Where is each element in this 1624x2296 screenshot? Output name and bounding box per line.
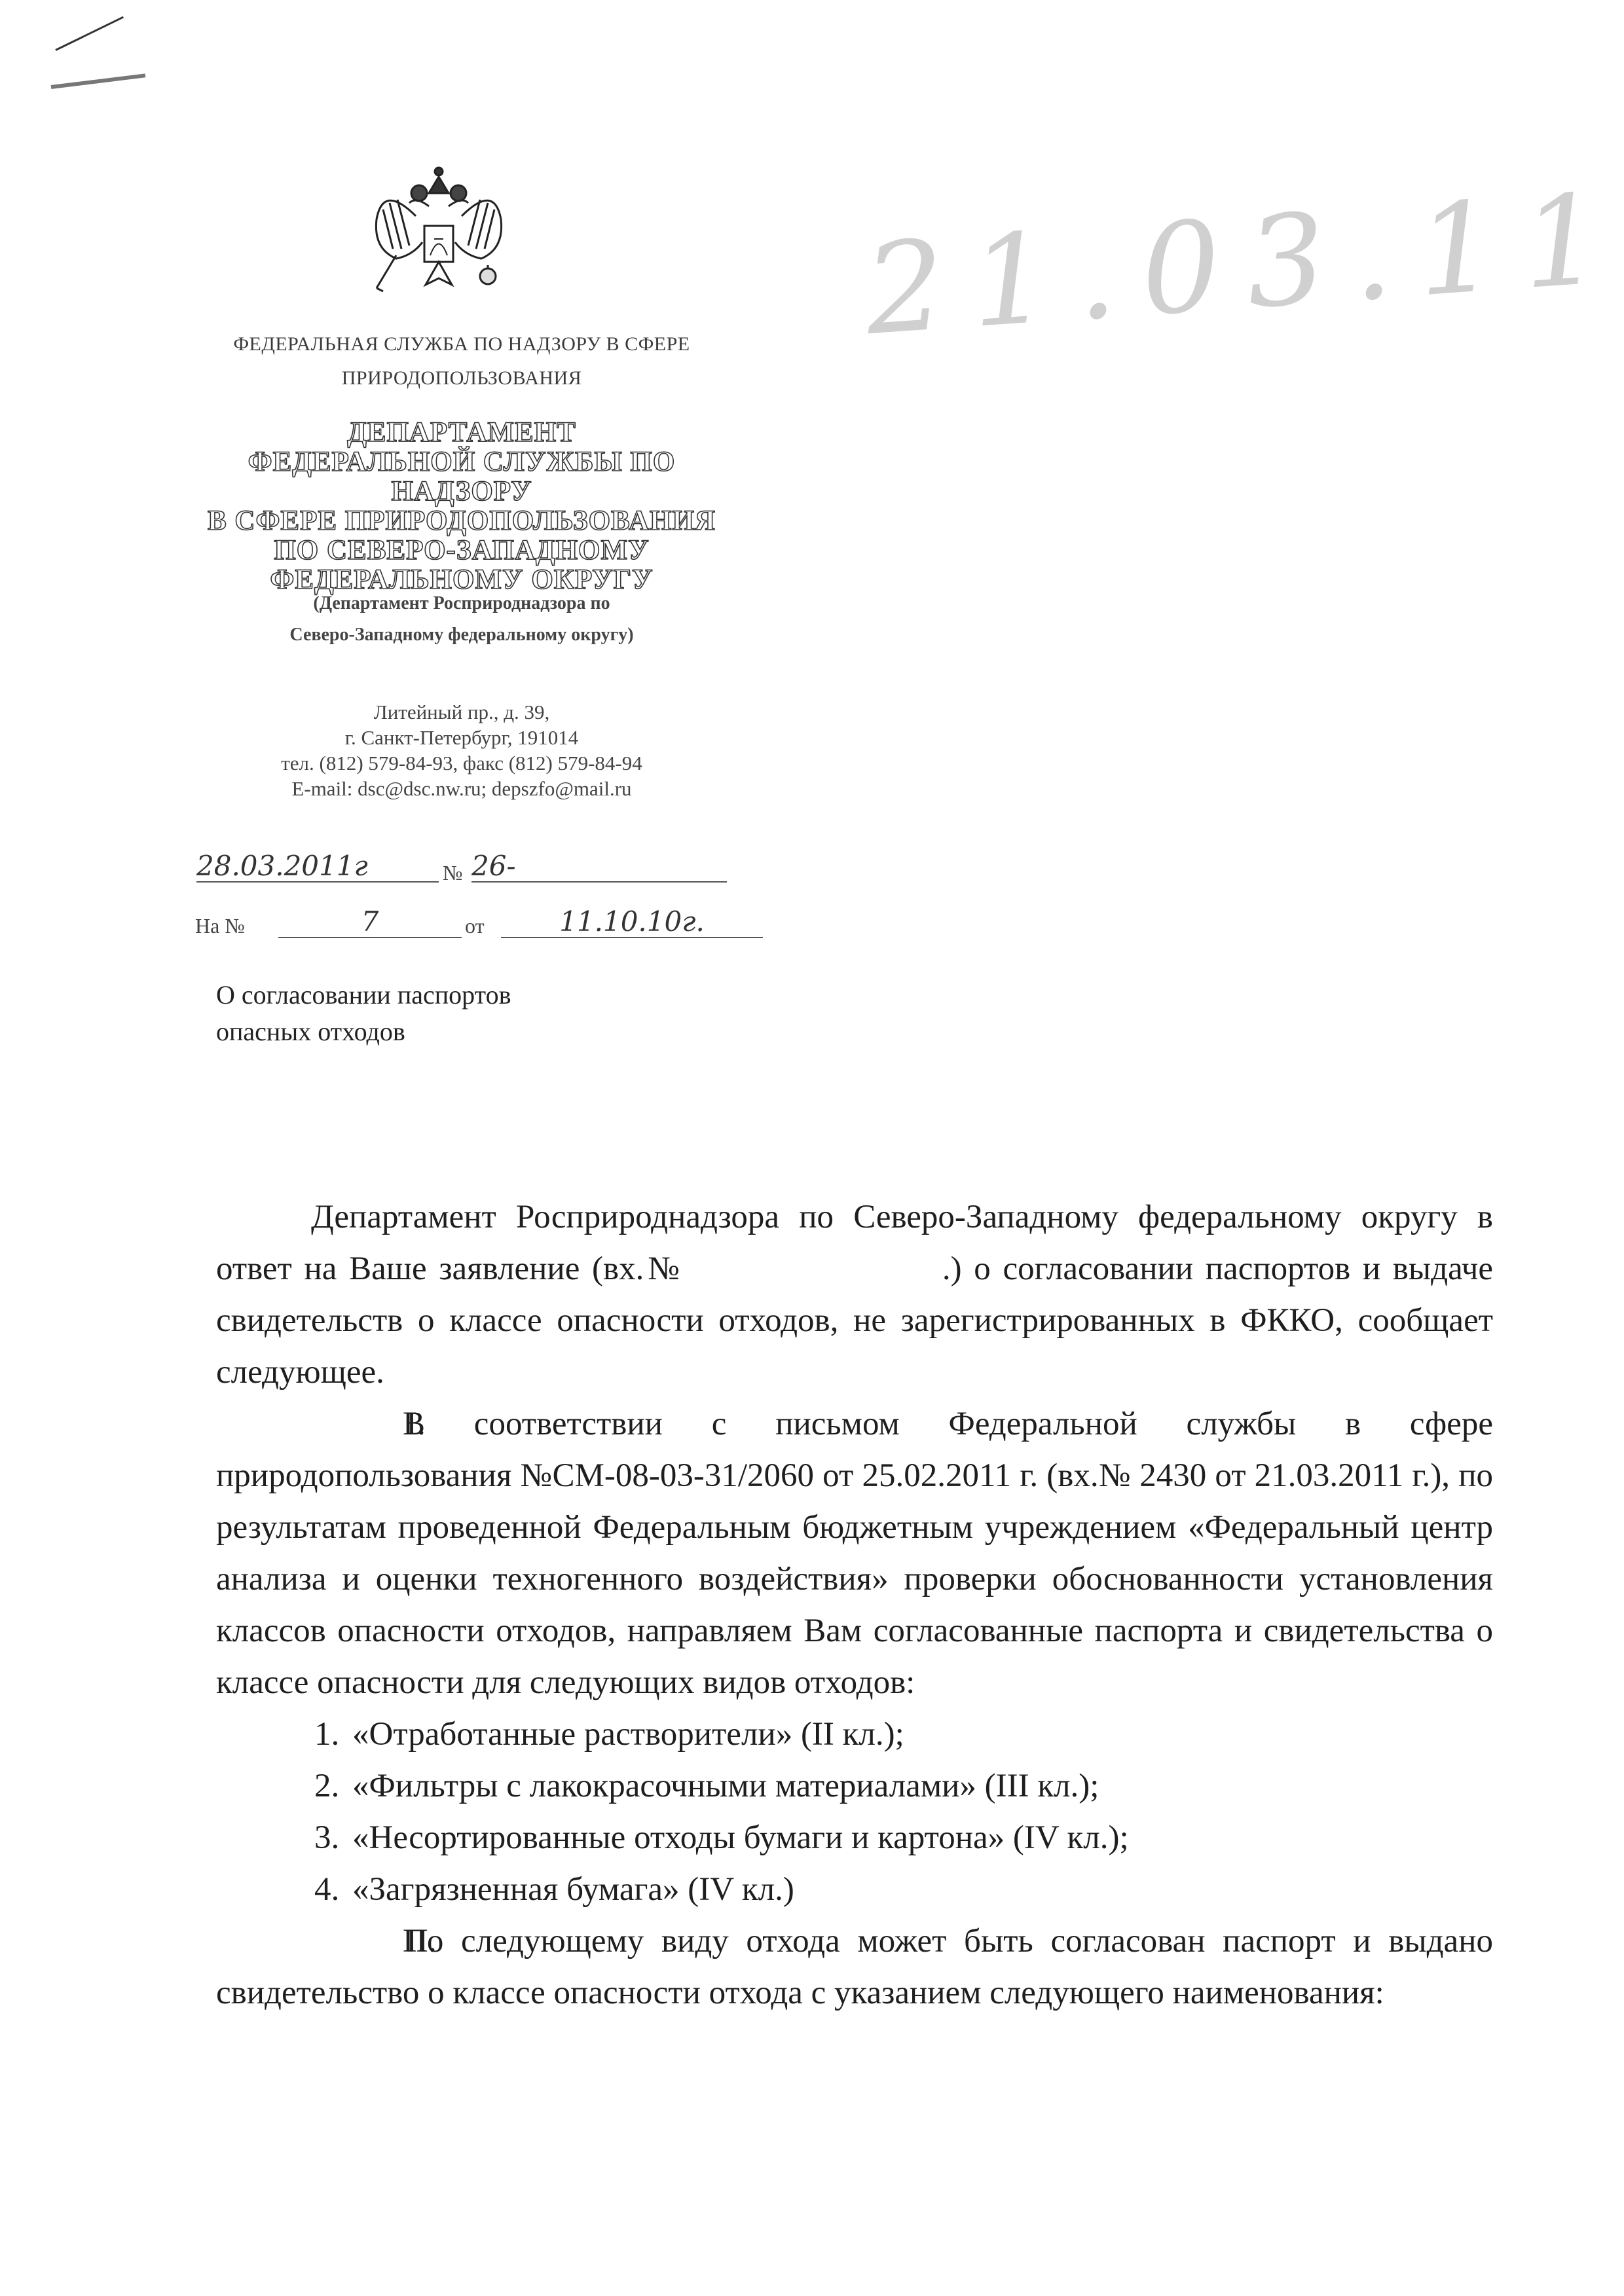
list-item: 4.«Загрязненная бумага» (IV кл.) — [216, 1864, 1493, 1916]
list-item: 1.«Отработанные растворители» (II кл.); — [216, 1709, 1493, 1760]
outgoing-number-field: 26- — [471, 851, 727, 883]
scan-mark — [55, 16, 124, 51]
phone-fax: тел. (812) 579-84-93, факс (812) 579-84-… — [177, 750, 747, 776]
section-2: II.По следующему виду отхода может быть … — [216, 1916, 1493, 2019]
address-block: Литейный пр., д. 39, г. Санкт-Петербург,… — [177, 699, 747, 801]
agency-name: ФЕДЕРАЛЬНАЯ СЛУЖБА ПО НАДЗОРУ В СФЕРЕ ПР… — [177, 327, 747, 395]
number-label: № — [443, 861, 463, 885]
department-title: ДЕПАРТАМЕНТ ФЕДЕРАЛЬНОЙ СЛУЖБЫ ПО НАДЗОР… — [177, 418, 747, 594]
section-1: I.В соответствии с письмом Федеральной с… — [216, 1398, 1493, 1709]
reply-to-number-field: 7 — [278, 907, 462, 938]
waste-list: 1.«Отработанные растворители» (II кл.); … — [216, 1709, 1493, 1916]
reply-to-label: На № — [195, 914, 245, 938]
list-item: 3.«Несортированные отходы бумаги и карто… — [216, 1812, 1493, 1864]
list-item: 2.«Фильтры с лакокрасочными материалами»… — [216, 1760, 1493, 1812]
department-short-name: (Департамент Росприроднадзора по Северо-… — [177, 588, 747, 651]
scan-mark — [51, 73, 146, 89]
from-label: от — [465, 914, 485, 938]
street-address: Литейный пр., д. 39, — [177, 699, 747, 725]
letter-subject: О согласовании паспортов опасных отходов — [216, 977, 511, 1050]
email: E-mail: dsc@dsc.nw.ru; depszfo@mail.ru — [177, 776, 747, 801]
outgoing-date-field: 28.03.2011г — [196, 851, 439, 883]
city-postcode: г. Санкт-Петербург, 191014 — [177, 725, 747, 750]
handwritten-registration-mark: 21.03.11 01 — [860, 175, 1497, 349]
intro-paragraph: Департамент Росприроднадзора по Северо-З… — [216, 1192, 1493, 1398]
reply-to-date-field: 11.10.10г. — [501, 907, 763, 938]
letter-body: Департамент Росприроднадзора по Северо-З… — [216, 1192, 1493, 2019]
coat-of-arms-icon — [357, 157, 521, 298]
